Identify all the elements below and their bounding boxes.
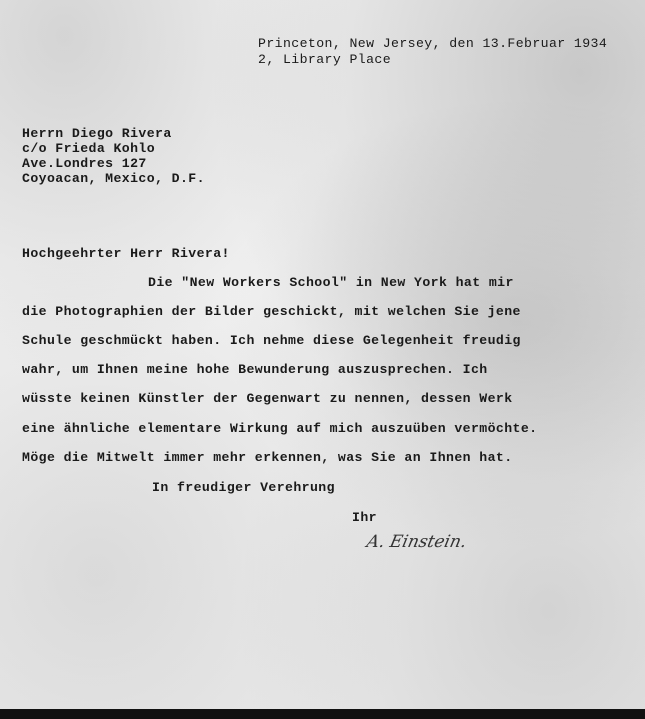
letter-page: Princeton, New Jersey, den 13.Februar 19… [0,0,645,719]
body-line: Möge die Mitwelt immer mehr erkennen, wa… [22,450,513,465]
body-line: Die "New Workers School" in New York hat… [148,275,514,290]
recipient-street: Ave.Londres 127 [22,156,147,171]
closing-word: Ihr [352,510,377,525]
street-address: 2, Library Place [258,52,391,67]
signature: A. Einstein. [365,532,469,552]
body-line: wahr, um Ihnen meine hohe Bewunderung au… [22,362,488,377]
recipient-care-of: c/o Frieda Kohlo [22,141,155,156]
body-line: eine ähnliche elementare Wirkung auf mic… [22,421,537,436]
body-line: die Photographien der Bilder geschickt, … [22,304,521,319]
recipient-city: Coyoacan, Mexico, D.F. [22,171,205,186]
place-date: Princeton, New Jersey, den 13.Februar 19… [258,36,607,51]
salutation: Hochgeehrter Herr Rivera! [22,246,230,261]
scan-edge [0,709,645,719]
closing: In freudiger Verehrung [152,480,335,495]
body-line: Schule geschmückt haben. Ich nehme diese… [22,333,521,348]
recipient-name: Herrn Diego Rivera [22,126,172,141]
body-line: wüsste keinen Künstler der Gegenwart zu … [22,391,513,406]
